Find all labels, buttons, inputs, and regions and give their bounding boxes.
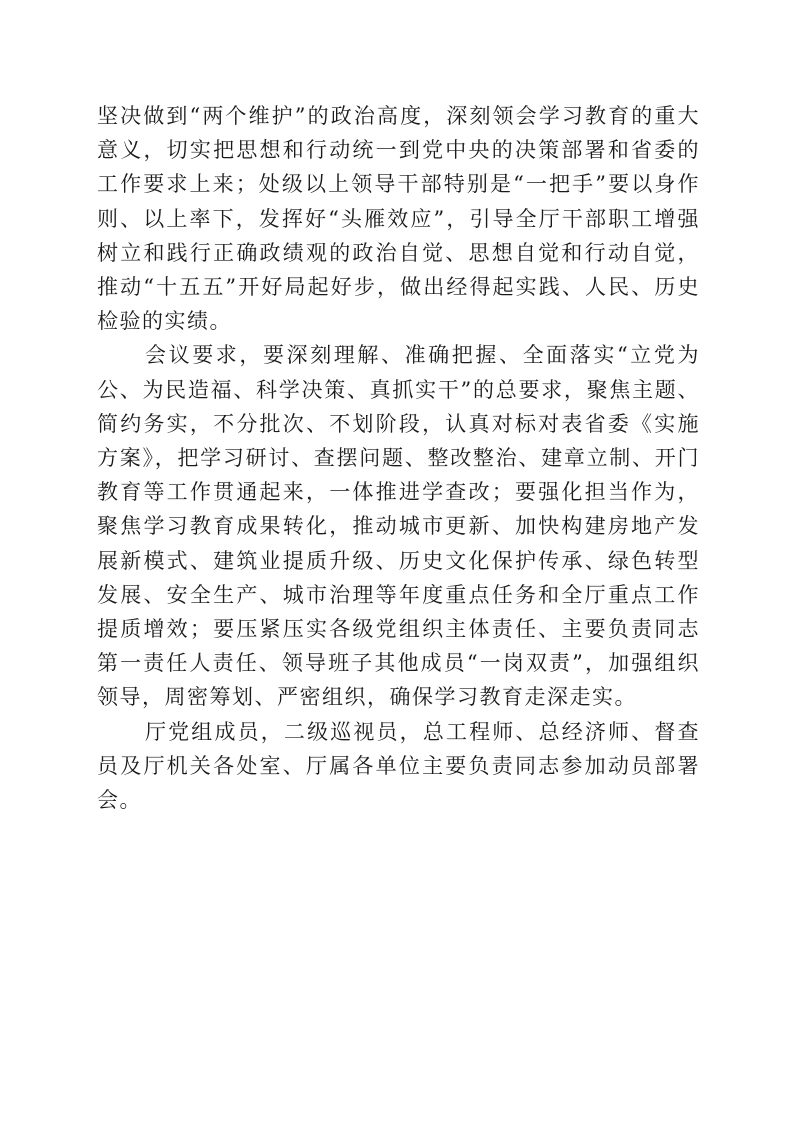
paragraph-meeting-requirements: 会议要求，要深刻理解、准确把握、全面落实“立党为公、为民造福、科学决策、真抓实干…: [97, 338, 700, 714]
paragraph-attendees: 厅党组成员，二级巡视员，总工程师、总经济师、督查员及厅机关各处室、厅属各单位主要…: [97, 715, 700, 818]
paragraph-continuation: 坚决做到“两个维护”的政治高度，深刻领会学习教育的重大意义，切实把思想和行动统一…: [97, 99, 700, 338]
document-page: 坚决做到“两个维护”的政治高度，深刻领会学习教育的重大意义，切实把思想和行动统一…: [97, 99, 700, 817]
